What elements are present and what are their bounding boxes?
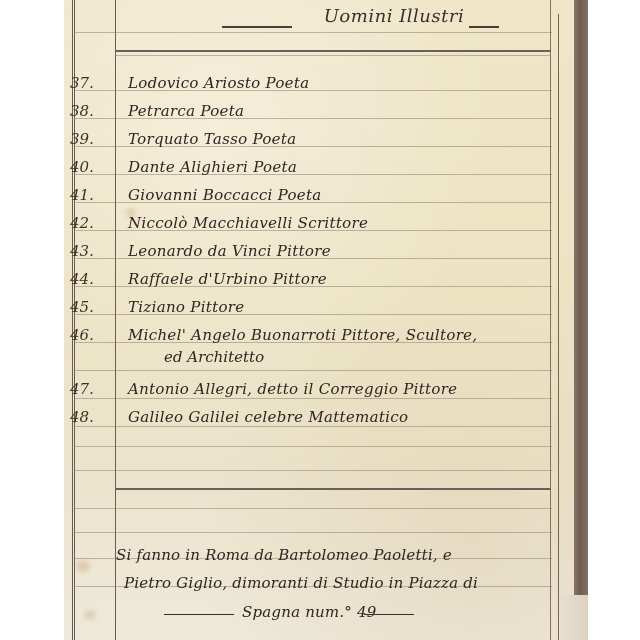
ruled-line [74,32,552,33]
entry-text: Dante Alighieri Poeta [128,158,297,176]
list-item: 48. Galileo Galilei celebre Mattematico [64,406,574,428]
entry-number: 44. [70,270,112,288]
entry-number: 48. [70,408,112,426]
entry-text: Antonio Allegri, detto il Correggio Pitt… [128,380,457,398]
list-item: 38. Petrarca Poeta [64,100,574,122]
entry-number: 42. [70,214,112,232]
entry-number: 39. [70,130,112,148]
entry-number: 38. [70,102,112,120]
imprint-divider [115,488,551,490]
list-item: 43. Leonardo da Vinci Pittore [64,240,574,262]
number-column-divider [115,0,116,640]
entry-text: Leonardo da Vinci Pittore [128,242,331,260]
left-border-outer [72,0,73,640]
entry-text: Lodovico Ariosto Poeta [128,74,309,92]
right-border-inner [550,0,551,640]
book-spine-edge [574,0,588,640]
list-item: 40. Dante Alighieri Poeta [64,156,574,178]
entry-number: 45. [70,298,112,316]
imprint-line-3: Spagna num.° 49 [242,603,376,621]
entry-number: 40. [70,158,112,176]
entry-number: 41. [70,186,112,204]
ruled-line [74,532,552,533]
list-item: 41. Giovanni Boccacci Poeta [64,184,574,206]
page-heading: Uomini Illustri [224,6,564,27]
entry-text: Michel' Angelo Buonarroti Pittore, Scult… [128,326,477,344]
list-item: 46. Michel' Angelo Buonarroti Pittore, S… [64,324,574,370]
list-item: 37. Lodovico Ariosto Poeta [64,72,574,94]
ruled-line [74,508,552,509]
imprint-line-1: Si fanno in Roma da Bartolomeo Paoletti,… [116,546,452,564]
manuscript-page: Uomini Illustri 37. Lodovico Ariosto Poe… [64,0,574,640]
header-rule [115,50,551,52]
list-item: 47. Antonio Allegri, detto il Correggio … [64,378,574,400]
ruled-line [74,446,552,447]
imprint-line-2: Pietro Giglio, dimoranti di Studio in Pi… [124,574,478,592]
list-item: 39. Torquato Tasso Poeta [64,128,574,150]
header-rule-thin [115,55,551,56]
entry-number: 43. [70,242,112,260]
left-border-inner [74,0,75,640]
list-item: 44. Raffaele d'Urbino Pittore [64,268,574,290]
entry-continuation: ed Architetto [164,348,264,366]
imprint-flourish-left [164,614,234,615]
entry-text: Raffaele d'Urbino Pittore [128,270,327,288]
entry-text: Petrarca Poeta [128,102,244,120]
foxing-stain [84,610,96,620]
entry-text: Torquato Tasso Poeta [128,130,296,148]
entry-number: 47. [70,380,112,398]
heading-flourish-right [469,26,499,28]
ruled-line [74,370,552,371]
entry-text: Galileo Galilei celebre Mattematico [128,408,408,426]
page-edge-lower [560,595,588,640]
ruled-line [74,470,552,471]
entry-number: 37. [70,74,112,92]
list-item: 45. Tiziano Pittore [64,296,574,318]
foxing-stain [76,560,90,572]
list-item: 42. Niccolò Macchiavelli Scrittore [64,212,574,234]
entry-text: Tiziano Pittore [128,298,244,316]
entry-text: Giovanni Boccacci Poeta [128,186,322,204]
imprint-flourish-right [364,614,414,615]
entry-number: 46. [70,326,112,344]
entry-text: Niccolò Macchiavelli Scrittore [128,214,368,232]
